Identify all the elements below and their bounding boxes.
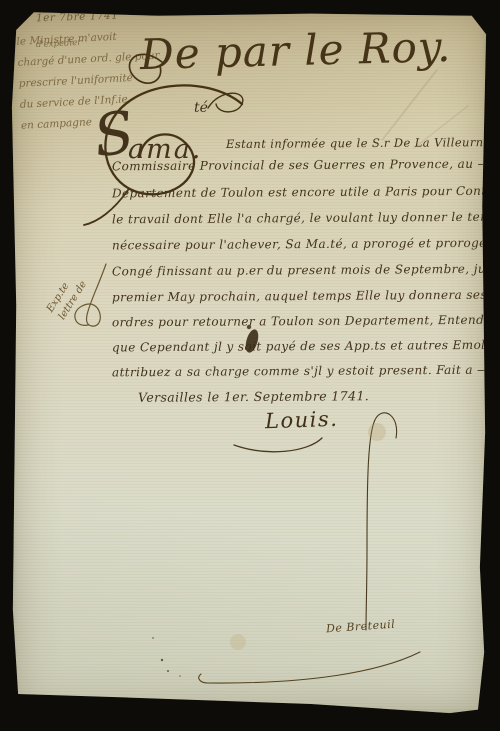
side-note-diagonal: Exp.te lettre de bbox=[44, 271, 91, 323]
long-pen-stroke bbox=[366, 413, 397, 630]
ink-speck bbox=[179, 675, 181, 677]
body-line: premier May prochain, auquel temps Elle … bbox=[112, 288, 487, 305]
body-line: ordres pour retourner a Toulon son Depar… bbox=[112, 313, 500, 330]
ink-speck bbox=[167, 670, 169, 672]
paper-crease bbox=[381, 69, 439, 142]
corner-date-note: 1er 7bre 1741 bbox=[36, 10, 119, 25]
salutation-superscript: té bbox=[194, 100, 208, 116]
signature-flourish bbox=[234, 438, 322, 452]
body-line: Estant informée que le S.r De La Villeur… bbox=[226, 135, 500, 151]
body-line: attribuez a sa charge comme s'jl y estoi… bbox=[112, 363, 490, 380]
ink-speck bbox=[161, 659, 163, 661]
countersignature-flourish bbox=[199, 652, 420, 683]
countersignature: De Breteuil bbox=[326, 618, 396, 636]
paper-stain bbox=[368, 423, 386, 441]
photograph-background: 1er 7bre 1741 le Ministre m'avoit chargé… bbox=[0, 0, 500, 731]
royal-heading: De par le Roy. bbox=[139, 22, 451, 79]
superscript-flourish bbox=[208, 93, 243, 112]
body-line: Congé finissant au p.er du present mois … bbox=[112, 262, 500, 279]
body-line: Departement de Toulon est encore utile a… bbox=[112, 184, 500, 201]
body-line: nécessaire pour l'achever, Sa Ma.té, a p… bbox=[112, 236, 500, 253]
body-line: le travail dont Elle l'a chargé, le voul… bbox=[112, 210, 500, 227]
royal-signature: Louis. bbox=[265, 407, 339, 434]
ink-speck bbox=[152, 637, 154, 639]
body-line: que Cependant jl y soit payé de ses App.… bbox=[112, 338, 500, 355]
dateline: Versailles le 1er. Septembre 1741. bbox=[138, 388, 369, 405]
paper-stain bbox=[230, 634, 246, 650]
body-line: Commissaire Provincial de ses Guerres en… bbox=[112, 157, 490, 174]
manuscript-paper: 1er 7bre 1741 le Ministre m'avoit chargé… bbox=[10, 8, 488, 716]
ink-speck bbox=[190, 707, 192, 709]
